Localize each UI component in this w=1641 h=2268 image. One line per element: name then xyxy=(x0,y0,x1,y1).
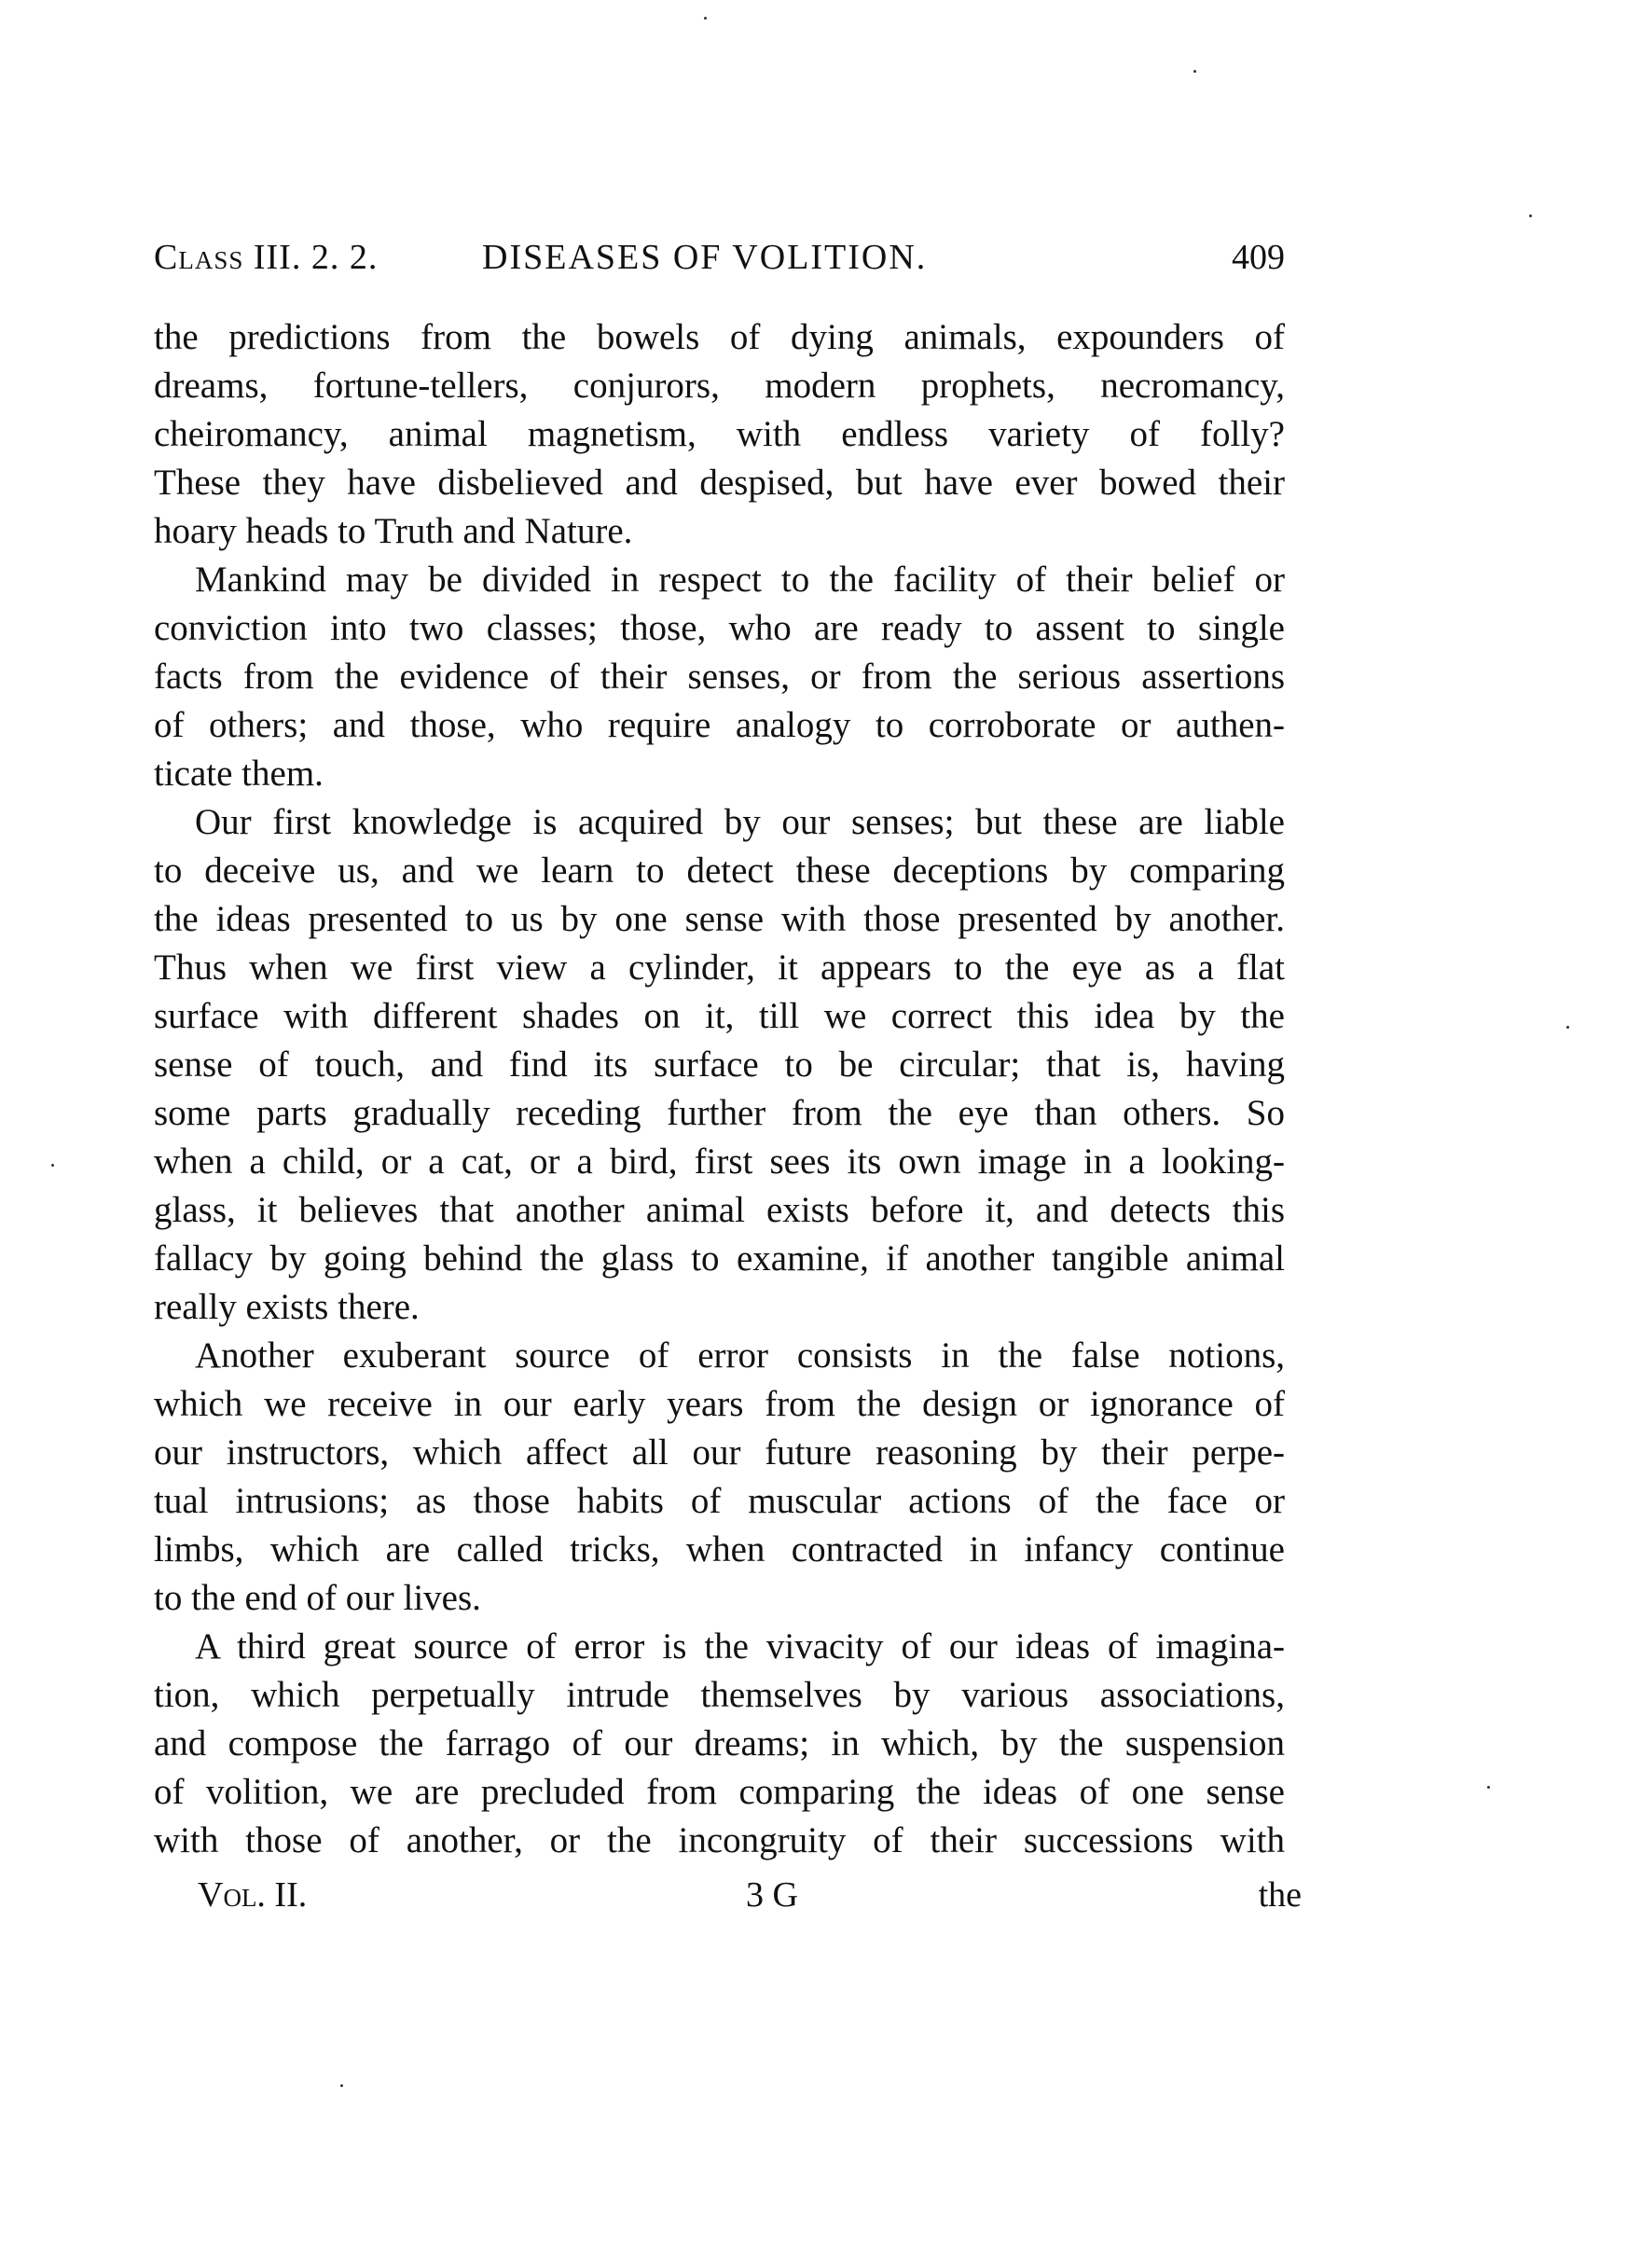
text-line: Another exuberant source of error consis… xyxy=(154,1332,1285,1380)
text-line: when a child, or a cat, or a bird, first… xyxy=(154,1138,1285,1186)
text-line: to the end of our lives. xyxy=(154,1574,1285,1623)
text-line: ticate them. xyxy=(154,750,1285,798)
text-line: limbs, which are called tricks, when con… xyxy=(154,1526,1285,1574)
catchword: the xyxy=(1259,1872,1302,1918)
text-line: Our first knowledge is acquired by our s… xyxy=(154,798,1285,847)
text-line: hoary heads to Truth and Nature. xyxy=(154,507,1285,556)
text-line: These they have disbelieved and despised… xyxy=(154,459,1285,507)
signature-mark: 3 G xyxy=(746,1872,798,1918)
text-line: of others; and those, who require analog… xyxy=(154,701,1285,750)
page-footer: Vol. II. 3 G the xyxy=(154,1872,1285,1918)
text-line: conviction into two classes; those, who … xyxy=(154,604,1285,653)
text-line: Mankind may be divided in respect to the… xyxy=(154,556,1285,604)
scan-speck xyxy=(1487,1786,1490,1789)
paragraph: A third great source of error is the viv… xyxy=(154,1623,1285,1865)
scan-speck xyxy=(1566,1026,1569,1029)
scan-speck xyxy=(51,1164,54,1167)
text-line: to deceive us, and we learn to detect th… xyxy=(154,847,1285,895)
paragraph: Our first knowledge is acquired by our s… xyxy=(154,798,1285,1332)
text-line: sense of touch, and find its surface to … xyxy=(154,1041,1285,1089)
volume-label: Vol. II. xyxy=(198,1872,307,1918)
text-line: tion, which perpetually intrude themselv… xyxy=(154,1671,1285,1720)
text-line: which we receive in our early years from… xyxy=(154,1380,1285,1429)
text-line: A third great source of error is the viv… xyxy=(154,1623,1285,1671)
text-line: facts from the evidence of their senses,… xyxy=(154,653,1285,701)
scan-speck xyxy=(704,17,707,20)
paragraph: Another exuberant source of error consis… xyxy=(154,1332,1285,1623)
class-section-label: Class III. 2. 2. xyxy=(154,235,378,280)
text-line: of volition, we are precluded from compa… xyxy=(154,1768,1285,1817)
scan-speck xyxy=(1193,70,1196,73)
scan-speck xyxy=(340,2084,343,2087)
scan-speck xyxy=(1529,214,1532,217)
text-line: glass, it believes that another animal e… xyxy=(154,1186,1285,1235)
body-text: the predictions from the bowels of dying… xyxy=(154,313,1285,1865)
text-line: tual intrusions; as those habits of musc… xyxy=(154,1477,1285,1526)
text-line: our instructors, which affect all our fu… xyxy=(154,1429,1285,1477)
paragraph: Mankind may be divided in respect to the… xyxy=(154,556,1285,798)
page-number: 409 xyxy=(1232,235,1285,280)
text-line: fallacy by going behind the glass to exa… xyxy=(154,1235,1285,1283)
paragraph: the predictions from the bowels of dying… xyxy=(154,313,1285,556)
text-line: the predictions from the bowels of dying… xyxy=(154,313,1285,362)
text-line: some parts gradually receding further fr… xyxy=(154,1089,1285,1138)
text-line: cheiromancy, animal magnetism, with endl… xyxy=(154,410,1285,459)
text-line: surface with different shades on it, til… xyxy=(154,992,1285,1041)
chapter-title: DISEASES OF VOLITION. xyxy=(482,235,927,280)
running-head: Class III. 2. 2. DISEASES OF VOLITION. 4… xyxy=(154,235,1285,280)
text-line: the ideas presented to us by one sense w… xyxy=(154,895,1285,944)
text-line: really exists there. xyxy=(154,1283,1285,1332)
text-line: Thus when we first view a cylinder, it a… xyxy=(154,944,1285,992)
text-line: and compose the farrago of our dreams; i… xyxy=(154,1720,1285,1768)
book-page: Class III. 2. 2. DISEASES OF VOLITION. 4… xyxy=(0,0,1641,2268)
text-line: with those of another, or the incongruit… xyxy=(154,1817,1285,1865)
text-line: dreams, fortune-tellers, conjurors, mode… xyxy=(154,362,1285,410)
